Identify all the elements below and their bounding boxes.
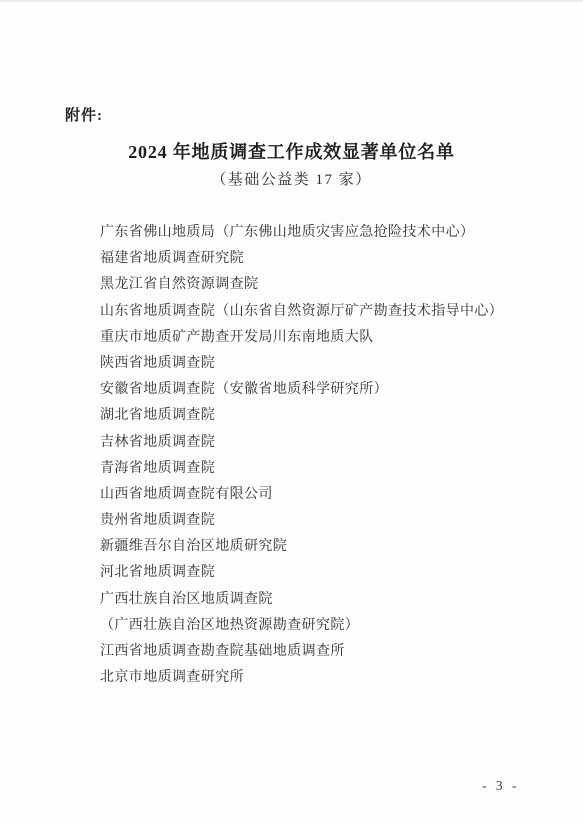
list-item: 湖北省地质调查院	[100, 403, 563, 429]
list-item: 山西省地质调查院有限公司	[100, 482, 563, 508]
list-item: 河北省地质调查院	[100, 560, 563, 586]
list-item: 黑龙江省自然资源调查院	[100, 272, 563, 298]
subtitle-category-count: （基础公益类 17 家）	[0, 168, 583, 189]
list-item: 安徽省地质调查院（安徽省地质科学研究所）	[100, 377, 563, 403]
page-number: - 3 -	[482, 778, 520, 794]
list-item: 北京市地质调查研究所	[100, 665, 563, 691]
list-item: 青海省地质调查院	[100, 456, 563, 482]
list-item: 广东省佛山地质局（广东佛山地质灾害应急抢险技术中心）	[100, 220, 563, 246]
list-item: 江西省地质调查勘查院基础地质调查所	[100, 639, 563, 665]
list-item: 陕西省地质调查院	[100, 351, 563, 377]
list-item: 贵州省地质调查院	[100, 508, 563, 534]
list-item: 山东省地质调查院（山东省自然资源厅矿产勘查技术指导中心）	[100, 299, 563, 325]
attachment-label: 附件:	[65, 104, 103, 125]
page-title: 2024 年地质调查工作成效显著单位名单	[0, 138, 583, 164]
document-page: 附件: 2024 年地质调查工作成效显著单位名单 （基础公益类 17 家） 广东…	[0, 0, 583, 824]
unit-list: 广东省佛山地质局（广东佛山地质灾害应急抢险技术中心）福建省地质调查研究院黑龙江省…	[100, 220, 563, 691]
list-item: 重庆市地质矿产勘查开发局川东南地质大队	[100, 325, 563, 351]
list-item: 新疆维吾尔自治区地质研究院	[100, 534, 563, 560]
list-item: 吉林省地质调查院	[100, 430, 563, 456]
list-item: 广西壮族自治区地质调查院	[100, 587, 563, 613]
list-item: （广西壮族自治区地热资源勘查研究院）	[100, 613, 563, 639]
list-item: 福建省地质调查研究院	[100, 246, 563, 272]
